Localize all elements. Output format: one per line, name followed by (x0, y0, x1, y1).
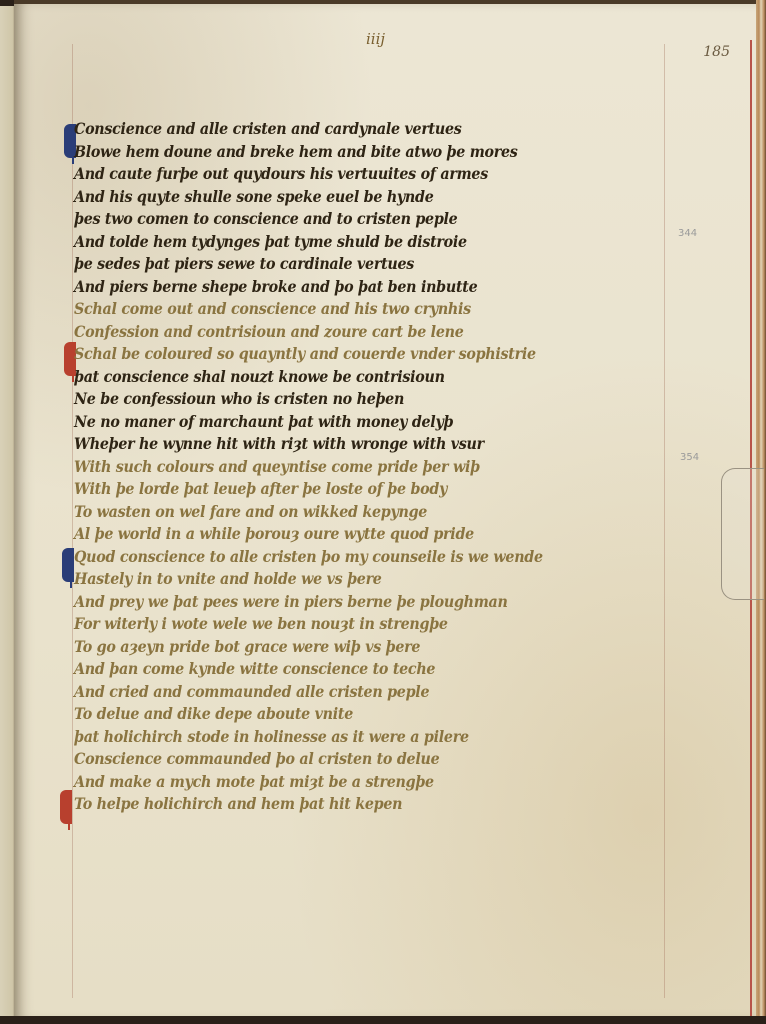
text-line: þe sedes þat piers sewe to cardinale ver… (74, 253, 635, 276)
text-line: And tolde hem tydynges þat tyme shuld be… (74, 231, 635, 254)
text-line: Ne no maner of marchaunt þat with money … (74, 411, 635, 434)
text-line: Hastely in to vnite and holde we vs þere (74, 568, 635, 591)
margin-ruling-left (72, 44, 73, 998)
text-line: And make a mych mote þat miȝt be a stren… (74, 771, 635, 794)
text-line: For witerly i wote wele we ben nouȝt in … (74, 613, 635, 636)
text-line: Ne be confessioun who is cristen no heþe… (74, 388, 635, 411)
text-line: And caute furþe out quydours his vertuui… (74, 163, 635, 186)
text-line: þes two comen to conscience and to crist… (74, 208, 635, 231)
text-line: Confession and contrisioun and zoure car… (74, 321, 635, 344)
text-line: Conscience commaunded þo al cristen to d… (74, 748, 635, 771)
text-line: þat holichirch stode in holinesse as it … (74, 726, 635, 749)
text-line: Schal come out and conscience and his tw… (74, 298, 635, 321)
text-line: To delue and dike depe aboute vnite (74, 703, 635, 726)
text-line: And piers berne shepe broke and þo þat b… (74, 276, 635, 299)
text-line: Schal be coloured so quayntly and couerd… (74, 343, 635, 366)
text-line: Quod conscience to alle cristen þo my co… (74, 546, 635, 569)
text-line: And prey we þat pees were in piers berne… (74, 591, 635, 614)
text-block: Conscience and alle cristen and cardynal… (74, 118, 684, 816)
quire-mark: iiij (366, 30, 385, 48)
blue-paraph-mark (62, 548, 74, 582)
folio-number: 185 (703, 44, 730, 60)
text-line: To wasten on wel fare and on wikked kepy… (74, 501, 635, 524)
text-line: And þan come kynde witte conscience to t… (74, 658, 635, 681)
text-line: Blowe hem doune and breke hem and bite a… (74, 141, 635, 164)
page-clip (721, 468, 764, 600)
text-line: Al þe world in a while þorouȝ oure wytte… (74, 523, 635, 546)
text-line: To go aȝeyn pride bot grace were wiþ vs … (74, 636, 635, 659)
text-line: Conscience and alle cristen and cardynal… (74, 118, 635, 141)
red-paraph-mark (60, 790, 72, 824)
text-line: With þe lorde þat leueþ after þe loste o… (74, 478, 635, 501)
text-line: Wheþer he wynne hit with riȝt with wrong… (74, 433, 635, 456)
text-line: With such colours and queyntise come pri… (74, 456, 635, 479)
text-line: To helpe holichirch and hem þat hit kepe… (74, 793, 635, 816)
book-bottom-edge (0, 1016, 766, 1024)
text-line: þat conscience shal nouzt knowe be contr… (74, 366, 635, 389)
text-line: And his quyte shulle sone speke euel be … (74, 186, 635, 209)
text-line: And cried and commaunded alle cristen pe… (74, 681, 635, 704)
